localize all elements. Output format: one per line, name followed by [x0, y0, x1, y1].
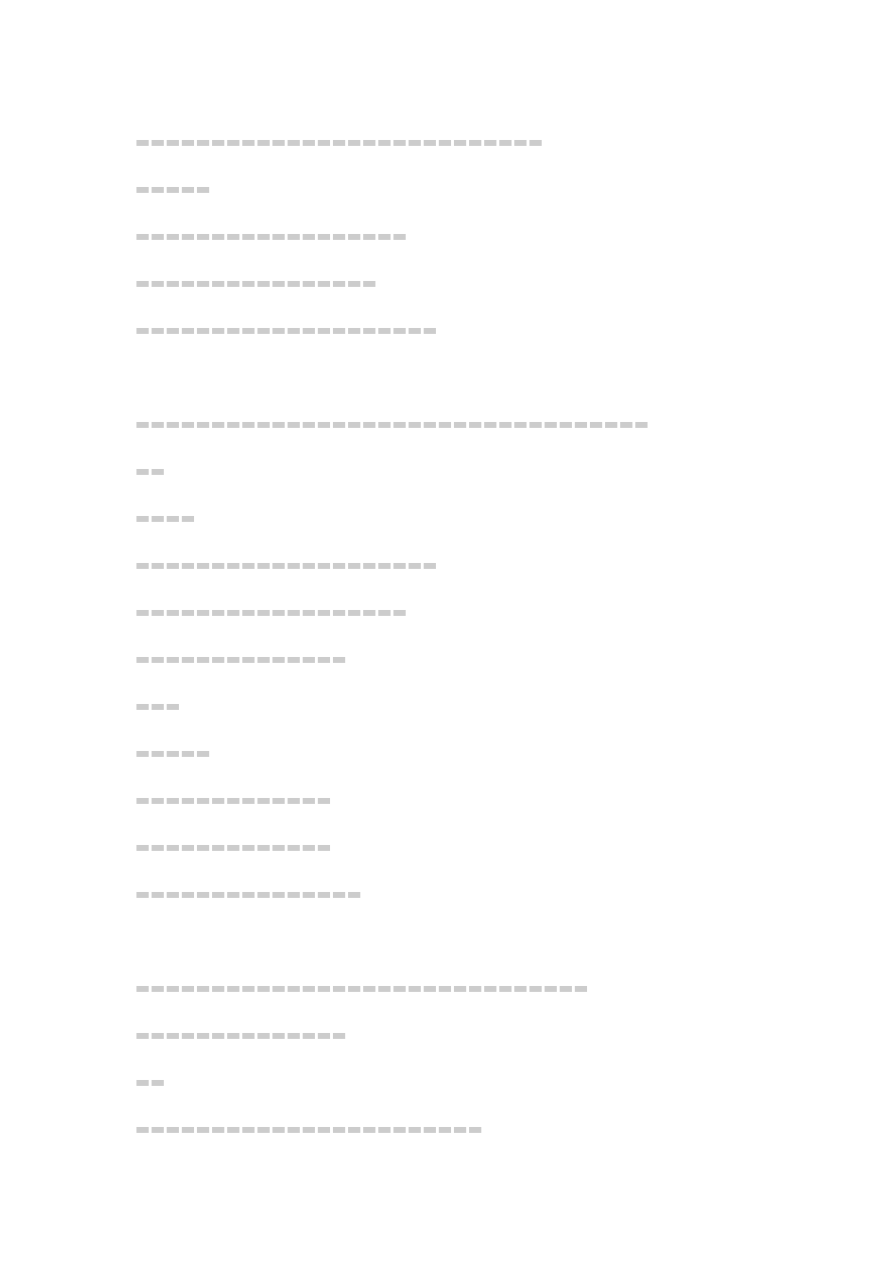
- redacted-line: ▬▬▬▬▬▬▬▬▬▬▬▬▬: [135, 823, 775, 870]
- redacted-line: ▬▬▬▬: [135, 494, 775, 541]
- redacted-line: ▬▬▬▬▬▬▬▬▬▬▬▬▬▬▬▬▬▬▬▬: [135, 541, 775, 588]
- redacted-line: ▬▬▬▬▬▬▬▬▬▬▬▬▬▬▬▬▬▬▬▬▬▬▬▬▬▬▬▬▬▬▬▬▬▬: [135, 400, 775, 447]
- redacted-line: ▬▬: [135, 1058, 775, 1105]
- redacted-line: ▬▬▬: [135, 682, 775, 729]
- redacted-line: ▬▬▬▬▬: [135, 729, 775, 776]
- redacted-line: ▬▬▬▬▬▬▬▬▬▬▬▬▬▬▬▬: [135, 259, 775, 306]
- redacted-line: ▬▬▬▬▬▬▬▬▬▬▬▬▬▬▬▬▬▬▬▬▬▬▬: [135, 1105, 775, 1152]
- redacted-line: ▬▬▬▬▬: [135, 165, 775, 212]
- redacted-line: ▬▬▬▬▬▬▬▬▬▬▬▬▬▬: [135, 635, 775, 682]
- redacted-line: ▬▬▬▬▬▬▬▬▬▬▬▬▬▬▬▬▬▬▬▬▬▬▬▬▬▬▬: [135, 118, 775, 165]
- redacted-line: ▬▬: [135, 447, 775, 494]
- document-body: ▬▬▬▬▬▬▬▬▬▬▬▬▬▬▬▬▬▬▬▬▬▬▬▬▬▬▬ ▬▬▬▬▬ ▬▬▬▬▬▬…: [135, 118, 775, 1152]
- redacted-line: ▬▬▬▬▬▬▬▬▬▬▬▬▬▬▬: [135, 870, 775, 917]
- redacted-line: ▬▬▬▬▬▬▬▬▬▬▬▬▬▬: [135, 1011, 775, 1058]
- redacted-line: ▬▬▬▬▬▬▬▬▬▬▬▬▬▬▬▬▬▬▬▬▬▬▬▬▬▬▬▬▬▬: [135, 964, 775, 1011]
- redacted-line: ▬▬▬▬▬▬▬▬▬▬▬▬▬▬▬▬▬▬: [135, 588, 775, 635]
- redacted-line: ▬▬▬▬▬▬▬▬▬▬▬▬▬▬▬▬▬▬: [135, 212, 775, 259]
- redacted-line: ▬▬▬▬▬▬▬▬▬▬▬▬▬▬▬▬▬▬▬▬: [135, 306, 775, 353]
- redacted-line: ▬▬▬▬▬▬▬▬▬▬▬▬▬: [135, 776, 775, 823]
